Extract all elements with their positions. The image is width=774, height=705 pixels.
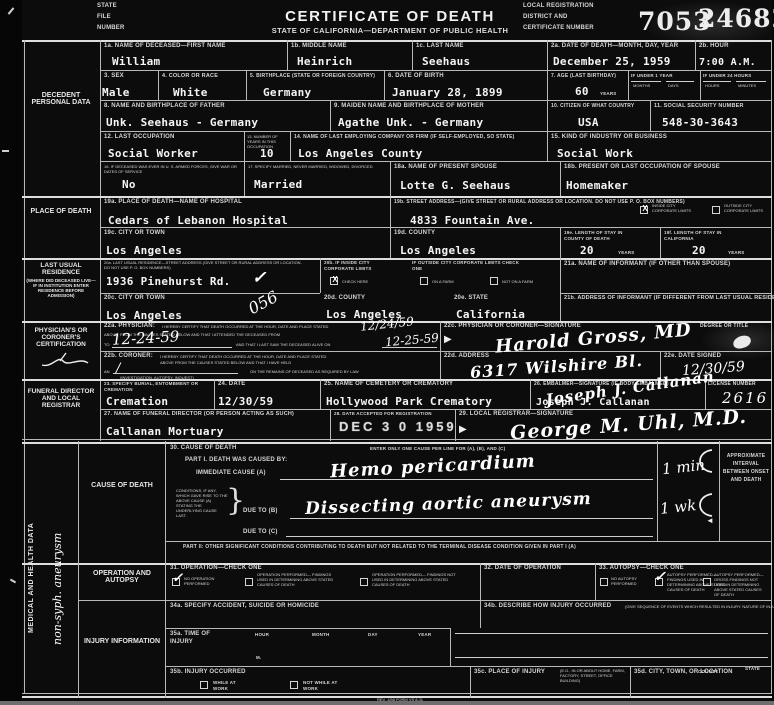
operation-findings-used-checkbox [245,578,253,586]
divider [450,628,451,666]
field-34b-note: (GIVE SEQUENCE OF EVENTS WHICH RESULTED … [625,604,774,609]
field-19a-value: Cedars of Lebanon Hospital [108,215,288,226]
divider [700,70,701,100]
divider [244,131,245,196]
field-12-value: Social Worker [108,148,198,159]
field-15-value: Social Work [557,148,633,159]
divider [100,227,771,228]
check-here-checkbox: X [330,277,338,285]
field-22d-label: 22d. ADDRESS [444,353,489,361]
state-file-line: NUMBER [97,25,125,33]
field-7b-col-months: MONTHS [633,83,650,88]
divider [384,70,385,100]
divider [100,131,771,132]
due-to-c-label: DUE TO (C) [243,529,278,537]
field-22b-text4: ON THE REMAINS OF DECEASED AS REQUIRED B… [250,369,359,374]
field-20a-value: 1936 Pinehurst Rd. [106,276,231,287]
field-14-label: 14. NAME OF LAST EMPLOYING COMPANY OR FI… [294,134,515,140]
state-file-line: FILE [97,14,111,22]
field-19f-unit: YEARS [728,250,745,256]
field-22b-text2: ABOVE FROM THE CAUSES STATED BELOW AND T… [160,360,291,365]
divider [78,441,79,698]
due-to-b-label: DUE TO (B) [243,508,278,516]
field-14-value: Los Angeles County [298,148,423,159]
field-16-label: 16. IF DECEASED WAS EVER IN U. S. ARMED … [104,164,239,174]
field-24-label: 24. DATE [218,381,246,389]
immediate-cause-label: IMMEDIATE CAUSE (A) [196,470,266,478]
divider [480,600,481,628]
outside-city-limits-label: OUTSIDE CITY CORPORATE LIMITS [724,203,766,213]
outside-city-limits-checkbox [712,206,720,214]
divider [214,379,215,409]
field-20e-cell: 20e. STATE California [450,293,560,321]
meridiem-label: M. [256,655,261,661]
divider [560,258,561,321]
not-while-at-work-label: NOT WHILE AT WORK [303,680,343,691]
interval-column-label: APPROXIMATE INTERVAL BETWEEN ONSET AND D… [722,452,770,484]
field-7-value: 60 [575,86,589,97]
handwritten-brace [690,492,716,518]
section-place-of-death: PLACE OF DEATH [24,208,98,215]
divider [560,227,561,258]
field-22c-label: 22c. PHYSICIAN OR CORONER—SIGNATURE [444,323,581,331]
county-col-label: COUNTY [698,669,718,675]
field-3-value: Male [102,87,130,98]
part2-label: PART II: OTHER SIGNIFICANT CONDITIONS CO… [183,544,576,550]
field-1b-value: Heinrich [297,56,352,67]
field-9-value: Agathe Unk. - Germany [338,117,483,128]
divider [165,666,771,667]
margin-mark [2,150,9,152]
divider [736,81,766,82]
checkbox-mark: X [641,205,649,213]
field-7c-col-hours: HOURS [705,83,719,88]
scan-edge-strip [0,701,774,705]
divider [440,321,441,379]
field-6-value: January 28, 1899 [392,87,503,98]
divider [165,441,166,698]
divider [657,441,658,541]
section-funeral-director-registrar: FUNERAL DIRECTOR AND LOCAL REGISTRAR [24,388,98,409]
field-9-label: 9. MAIDEN NAME AND BIRTHPLACE OF MOTHER [334,103,484,111]
divider [286,536,653,537]
field-22b-text1: I HEREBY CERTIFY THAT DEATH OCCURRED AT … [160,354,326,359]
field-18a-label: 18a. NAME OF PRESENT SPOUSE [394,164,497,172]
field-17-value: Married [254,179,302,190]
checkbox-mark: X [331,276,339,284]
field-19d-value: Los Angeles [400,245,476,256]
operation-findings-not-used-label: OPERATION PERFORMED— FINDINGS NOT USED I… [372,572,462,587]
field-7-unit: YEARS [600,91,617,97]
section-last-usual-residence: LAST USUAL RESIDENCE [24,262,98,276]
field-34b-label: 34b. DESCRIBE HOW INJURY OCCURRED [484,603,611,611]
field-21b-label: 21b. ADDRESS OF INFORMANT (IF DIFFERENT … [564,295,774,302]
divider [530,379,531,409]
license-number-handwritten: 2616 [722,391,768,406]
field-22b-options: (INVESTIGATION, AUTOPSY, INQUEST) [120,375,194,380]
field-2b-label: 2b. HOUR [699,43,729,51]
divider [390,196,391,258]
field-21a-label: 21a. NAME OF INFORMANT (IF OTHER THAN SP… [564,261,730,269]
divider [547,100,548,161]
no-operation-label: NO OPERATION PERFORMED [184,576,230,586]
field-18b-value: Homemaker [566,180,628,191]
field-10-value: USA [578,117,599,128]
divider [630,666,631,698]
local-registration-line: CERTIFICATE NUMBER [523,25,594,33]
death-certificate-scan: STATE FILE NUMBER CERTIFICATE OF DEATH S… [0,0,774,705]
field-20e-label: 20e. STATE [454,295,488,303]
field-13-value: 10 [260,148,274,159]
day-col-label: DAY [368,632,378,638]
handwritten-check: ✓ [172,572,183,585]
field-19e-value: 20 [580,245,594,256]
field-22a-text1: I HEREBY CERTIFY THAT DEATH OCCURRED AT … [162,324,328,329]
field-22a-to: TO [104,342,109,347]
field-29-label: 29. LOCAL REGISTRAR—SIGNATURE [459,411,573,419]
inside-city-limits-checkbox: X [640,206,648,214]
field-20a-label: 20a. LAST USUAL RESIDENCE—STREET ADDRESS… [104,260,304,270]
field-19d-label: 19d. COUNTY [394,230,435,238]
field-3-label: 3. SEX [104,73,124,81]
divider [158,70,159,100]
section-decedent-personal-data: DECEDENT PERSONAL DATA [24,92,98,106]
field-20c-label: 20c. CITY OR TOWN [104,295,165,303]
field-7b-col-days: DAYS [668,83,679,88]
field-18b-label: 18b. PRESENT OR LAST OCCUPATION OF SPOUS… [564,164,720,172]
field-28-label: 28. DATE ACCEPTED FOR REGISTRATION [334,411,444,417]
field-11-value: 548-30-3643 [662,117,738,128]
field-32-label: 32. DATE OF OPERATION [484,565,561,573]
divider [290,131,291,161]
field-20c-value: Los Angeles [106,310,182,321]
field-7c-label: IF UNDER 24 HOURS [703,73,751,79]
back-pointer-icon: ◄ [706,516,714,525]
field-17-label: 17. SPECIFY MARRIED, NEVER MARRIED, WIDO… [248,164,378,169]
field-19c-label: 19c. CITY OR TOWN [104,230,165,238]
field-6-label: 6. DATE OF BIRTH [388,73,444,81]
divider [100,351,771,352]
certificate-number: 24682 [698,6,774,31]
field-16-value: No [122,179,136,190]
field-10-label: 10. CITIZEN OF WHAT COUNTRY [551,103,634,109]
field-30-label: 30. CAUSE OF DEATH [170,445,237,453]
field-1a-value: William [112,56,160,67]
section-operation-autopsy: OPERATION AND AUTOPSY [80,570,164,584]
field-1c-value: Seehaus [422,56,470,67]
divider [660,227,661,258]
section-injury-information: INJURY INFORMATION [80,638,164,645]
divider [390,161,391,196]
field-18a-value: Lotte G. Seehaus [400,180,511,191]
divider [595,563,596,600]
divider [290,518,653,519]
handwritten-brace [690,448,716,474]
form-title: CERTIFICATE OF DEATH [240,9,540,24]
divider [24,40,25,694]
field-20e-value: California [456,309,525,320]
margin-mark [8,7,15,14]
autopsy-gross-not-used-label: AUTOPSY PERFORMED— GROSS FINDINGS NOT US… [714,572,768,597]
field-7-label: 7. AGE (LAST BIRTHDAY) [551,73,616,79]
degree-or-title-label: DEGREE OR TITLE [700,323,748,329]
part1-label: PART I. DEATH WAS CAUSED BY: [185,457,287,465]
field-1c-label: 1c. LAST NAME [416,43,464,51]
field-7b-label: IF UNDER 1 YEAR [631,73,673,79]
section-physicians-certification: PHYSICIAN'S OR CORONER'S CERTIFICATION [24,327,98,348]
handwritten-date-to: 12-24-59 [112,329,180,348]
divider [22,442,772,444]
divider [22,40,772,42]
field-5-label: 5. BIRTHPLACE (STATE OR FOREIGN COUNTRY) [250,73,380,79]
field-35c-label: 35c. PLACE OF INJURY [474,669,545,677]
margin-handwritten-note: non-syph. aneurysm [52,465,63,645]
divider [631,81,661,82]
divider [330,409,331,441]
while-at-work-label: WHILE AT WORK [213,680,248,691]
field-7c-col-minutes: MINUTES [738,83,756,88]
field-19f-value: 20 [692,245,706,256]
no-autopsy-label: NO AUTOPSY PERFORMED [611,576,649,586]
on-a-farm-label: ON A FARM [432,279,454,284]
field-35a-label: 35a. TIME OF INJURY [170,631,212,646]
divider [695,40,696,70]
handwritten-check: ✓ [654,570,666,584]
field-20b-label: 20b. IF INSIDE CITY CORPORATE LIMITS [324,260,390,271]
divider [100,100,771,101]
section-medical-health-data: MEDICAL AND HEALTH DATA [28,470,35,685]
field-27-label: 27. NAME OF FUNERAL DIRECTOR (OR PERSON … [104,411,294,418]
field-15-label: 15. KIND OF INDUSTRY OR BUSINESS [551,134,667,142]
autopsy-gross-not-used-checkbox [703,578,711,586]
field-2b-value: 7:00 A.M. [699,58,756,68]
local-registration-line: DISTRICT AND [523,14,568,22]
field-22b-an: AN [104,369,110,374]
divider [650,100,651,131]
answer-line [455,633,768,634]
field-34a-label: 34a. SPECIFY ACCIDENT, SUICIDE OR HOMICI… [170,603,319,611]
divider [100,70,771,71]
field-22a-text4: AND THAT I LAST SAW THE DECEASED ALIVE O… [236,342,330,347]
section-residence-note: (WHERE DID DECEASED LIVE—IF IN INSTITUTI… [26,278,96,298]
state-file-line: STATE [97,3,117,11]
divider [560,161,561,196]
field-2a-label: 2a. DATE OF DEATH—MONTH, DAY, YEAR [551,43,678,51]
operation-findings-used-label: OPERATION PERFORMED— FINDINGS USED IN DE… [257,572,337,587]
no-autopsy-checkbox [600,578,608,586]
divider [666,81,694,82]
conditions-note: CONDITIONS, IF ANY, WHICH GAVE RISE TO T… [176,488,228,518]
outside-limits-check-one-label: IF OUTSIDE CITY CORPORATE LIMITS CHECK O… [412,260,522,271]
field-25-value: Hollywood Park Crematory [326,396,492,407]
divider [703,81,731,82]
month-col-label: MONTH [312,632,330,638]
margin-mark [10,579,16,584]
field-12-label: 12. LAST OCCUPATION [104,134,175,142]
divider [22,196,772,198]
year-col-label: YEAR [418,632,431,638]
divider [22,693,772,694]
field-23-value: Cremation [106,396,168,407]
handwritten-slash: / [116,362,120,375]
field-27-value: Callanan Mortuary [106,426,224,437]
operation-findings-not-used-checkbox [360,578,368,586]
divider [320,379,321,409]
divider [100,409,771,410]
field-19c-value: Los Angeles [106,245,182,256]
field-25-label: 25. NAME OF CEMETERY OR CREMATORY [324,381,453,389]
field-22e-label: 22e. DATE SIGNED [664,353,721,361]
field-4-label: 4. COLOR OR RACE [162,73,218,80]
divider [719,441,720,541]
field-2a-value: December 25, 1959 [553,56,671,67]
hour-col-label: HOUR [255,632,269,638]
on-a-farm-checkbox [420,277,428,285]
divider [287,40,288,70]
not-on-a-farm-label: NOT ON A FARM [502,279,533,284]
divider [165,541,771,542]
divider [330,100,331,131]
divider [412,40,413,70]
field-20d-label: 20d. COUNTY [324,295,365,303]
field-22b-label: 22b. CORONER: [104,353,153,361]
field-23-label: 23. SPECIFY BURIAL, ENTOMBMENT OR CREMAT… [104,381,204,392]
state-col-label: STATE [745,666,760,672]
divider [628,70,629,100]
answer-line [455,657,768,658]
field-19a-label: 19a. PLACE OF DEATH—NAME OF HOSPITAL [104,199,242,207]
handwritten-check-mark [38,352,90,370]
field-35c-note: (E.G., IN OR ABOUT HOME, FARM, FACTORY, … [560,668,626,683]
divider [771,40,772,694]
registration-date-stamp: DEC 3 0 1959 [339,420,457,433]
field-19e-unit: YEARS [618,250,635,256]
field-8-value: Unk. Seehaus - Germany [106,117,258,128]
signature-pointer-icon: ▶ [459,424,467,435]
local-registration-line: LOCAL REGISTRATION [523,3,594,11]
field-19f-label: 19f. LENGTH OF STAY IN CALIFORNIA [664,230,744,241]
divider [547,40,548,100]
field-19e-label: 19e. LENGTH OF STAY IN COUNTY OF DEATH [564,230,644,241]
inside-city-limits-label: INSIDE CITY CORPORATE LIMITS [652,203,692,213]
field-11-label: 11. SOCIAL SECURITY NUMBER [654,103,744,110]
field-8-label: 8. NAME AND BIRTHPLACE OF FATHER [104,103,225,111]
field-24-value: 12/30/59 [218,396,273,407]
handwritten-check: ✓ [252,270,266,287]
divider [470,666,471,698]
divider [22,439,772,440]
field-31-label: 31. OPERATION—CHECK ONE [170,565,262,573]
license-number-label: LICENSE NUMBER [708,381,756,387]
divider [78,600,771,601]
divider [100,161,771,162]
field-1a-label: 1a. NAME OF DECEASED—FIRST NAME [104,43,226,51]
while-at-work-checkbox [200,681,208,689]
check-here-label: CHECK HERE [342,279,368,284]
form-subtitle: STATE OF CALIFORNIA—DEPARTMENT OF PUBLIC… [240,27,540,35]
divider [246,70,247,100]
not-while-at-work-checkbox [290,681,298,689]
section-cause-of-death: CAUSE OF DEATH [80,482,164,489]
field-35b-label: 35b. INJURY OCCURRED [170,669,246,677]
signature-pointer-icon: ▶ [444,334,452,345]
field-19b-value: 4833 Fountain Ave. [410,215,535,226]
divider [480,563,481,600]
field-4-value: White [173,87,208,98]
not-on-a-farm-checkbox [490,277,498,285]
field-5-value: Germany [263,87,311,98]
field-30-instruction: ENTER ONLY ONE CAUSE PER LINE FOR (A), (… [370,446,505,452]
field-1b-label: 1b. MIDDLE NAME [291,43,347,51]
divider [165,628,450,629]
